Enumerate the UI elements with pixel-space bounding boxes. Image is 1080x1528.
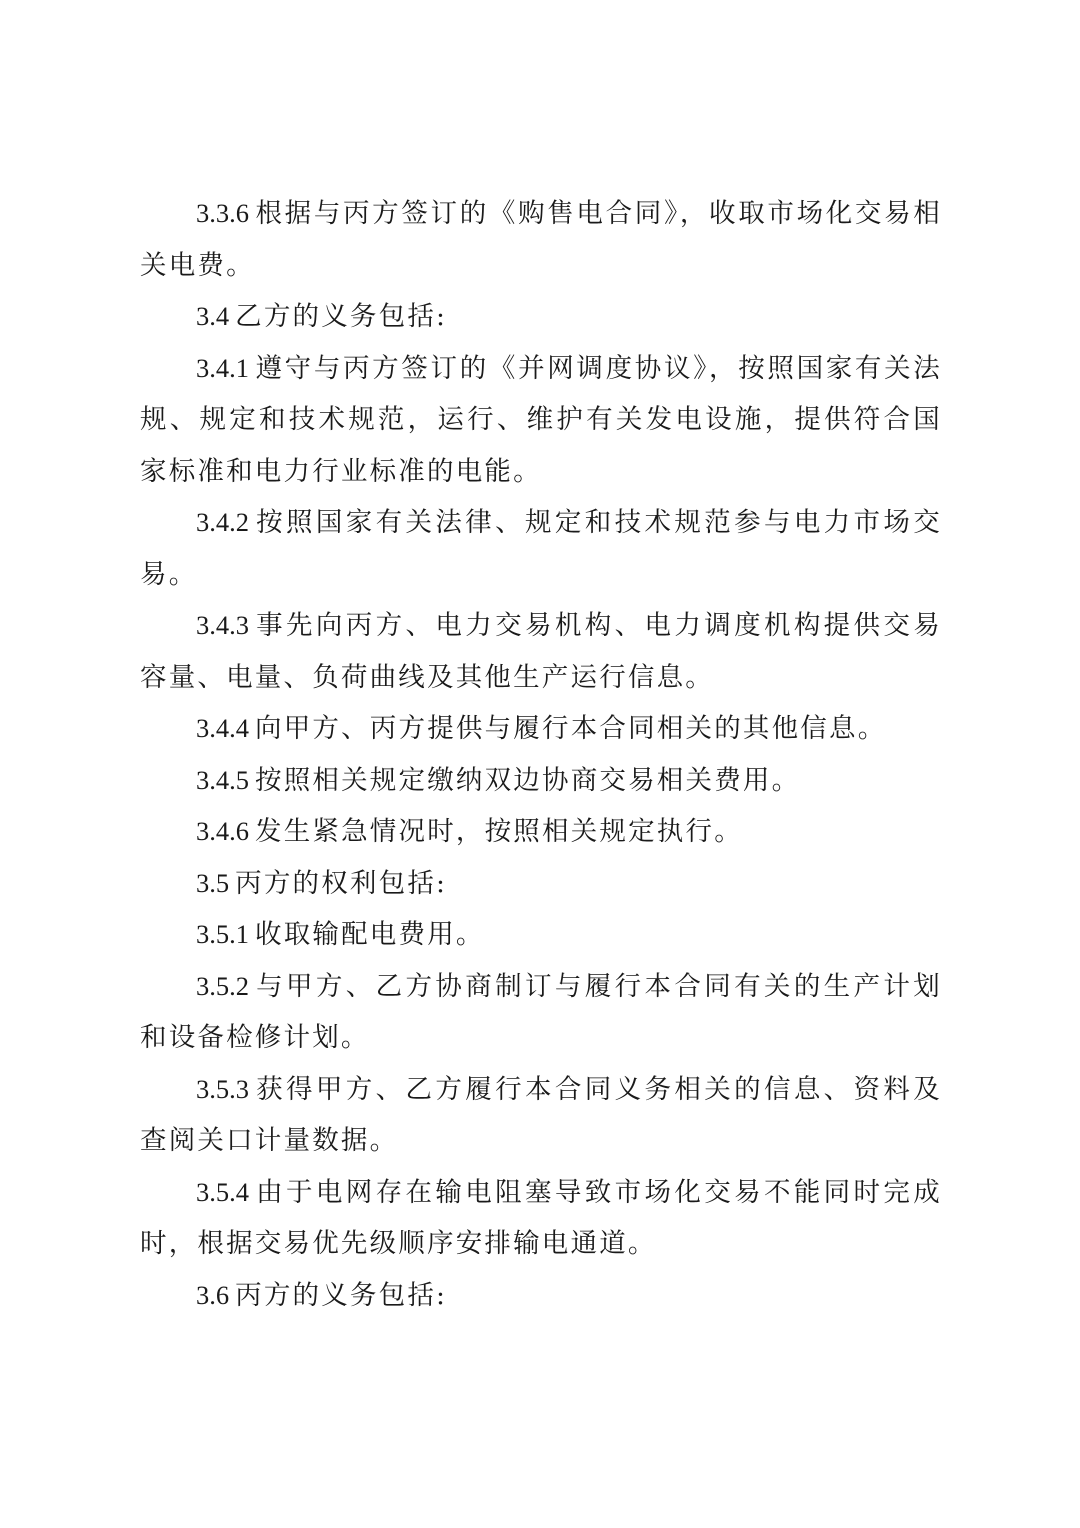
clause-text: 由于电网存在输电阻塞导致市场化交易不能同时完成时，根据交易优先级顺序安排输电通道… — [140, 1177, 942, 1260]
clause-text: 向甲方、丙方提供与履行本合同相关的其他信息。 — [255, 713, 886, 744]
clause-text: 事先向丙方、电力交易机构、电力调度机构提供交易容量、电量、负荷曲线及其他生产运行… — [140, 610, 942, 693]
clause-3-5-2: 3.5.2与甲方、乙方协商制订与履行本合同有关的生产计划和设备检修计划。 — [140, 961, 942, 1064]
clause-number: 3.4.1 — [196, 353, 249, 383]
clause-text: 丙方的权利包括: — [235, 868, 447, 899]
clause-number: 3.4.6 — [196, 816, 249, 846]
clause-text: 与甲方、乙方协商制订与履行本合同有关的生产计划和设备检修计划。 — [140, 971, 942, 1054]
clause-number: 3.6 — [196, 1280, 229, 1310]
clause-text: 发生紧急情况时，按照相关规定执行。 — [255, 816, 743, 847]
clause-number: 3.5.3 — [196, 1074, 249, 1104]
clause-text: 乙方的义务包括: — [235, 301, 447, 332]
clause-number: 3.4.3 — [196, 610, 249, 640]
clause-3-4-2: 3.4.2按照国家有关法律、规定和技术规范参与电力市场交易。 — [140, 497, 942, 600]
clause-3-4-6: 3.4.6发生紧急情况时，按照相关规定执行。 — [140, 806, 942, 858]
clause-number: 3.4.2 — [196, 507, 249, 537]
clause-3-4-3: 3.4.3事先向丙方、电力交易机构、电力调度机构提供交易容量、电量、负荷曲线及其… — [140, 600, 942, 703]
document-page: 3.3.6根据与丙方签订的《购售电合同》，收取市场化交易相关电费。 3.4乙方的… — [140, 188, 942, 1321]
clause-text: 遵守与丙方签订的《并网调度协议》，按照国家有关法规、规定和技术规范，运行、维护有… — [140, 353, 942, 487]
section-3-5-heading: 3.5丙方的权利包括: — [140, 858, 942, 910]
clause-text: 收取输配电费用。 — [255, 919, 485, 950]
clause-number: 3.4.4 — [196, 713, 249, 743]
clause-3-4-5: 3.4.5按照相关规定缴纳双边协商交易相关费用。 — [140, 755, 942, 807]
clause-number: 3.4.5 — [196, 765, 249, 795]
clause-text: 按照国家有关法律、规定和技术规范参与电力市场交易。 — [140, 507, 942, 590]
clause-3-4-1: 3.4.1遵守与丙方签订的《并网调度协议》，按照国家有关法规、规定和技术规范，运… — [140, 343, 942, 498]
clause-number: 3.5.2 — [196, 971, 249, 1001]
clause-number: 3.4 — [196, 301, 229, 331]
clause-3-5-3: 3.5.3获得甲方、乙方履行本合同义务相关的信息、资料及查阅关口计量数据。 — [140, 1064, 942, 1167]
clause-number: 3.5.4 — [196, 1177, 249, 1207]
section-3-6-heading: 3.6丙方的义务包括: — [140, 1270, 942, 1322]
clause-3-5-4: 3.5.4由于电网存在输电阻塞导致市场化交易不能同时完成时，根据交易优先级顺序安… — [140, 1167, 942, 1270]
section-3-4-heading: 3.4乙方的义务包括: — [140, 291, 942, 343]
clause-number: 3.3.6 — [196, 198, 249, 228]
clause-text: 根据与丙方签订的《购售电合同》，收取市场化交易相关电费。 — [140, 198, 942, 281]
clause-number: 3.5.1 — [196, 919, 249, 949]
clause-3-5-1: 3.5.1收取输配电费用。 — [140, 909, 942, 961]
clause-text: 按照相关规定缴纳双边协商交易相关费用。 — [255, 765, 800, 796]
clause-number: 3.5 — [196, 868, 229, 898]
clause-3-3-6: 3.3.6根据与丙方签订的《购售电合同》，收取市场化交易相关电费。 — [140, 188, 942, 291]
clause-3-4-4: 3.4.4向甲方、丙方提供与履行本合同相关的其他信息。 — [140, 703, 942, 755]
clause-text: 获得甲方、乙方履行本合同义务相关的信息、资料及查阅关口计量数据。 — [140, 1074, 942, 1157]
clause-text: 丙方的义务包括: — [235, 1280, 447, 1311]
